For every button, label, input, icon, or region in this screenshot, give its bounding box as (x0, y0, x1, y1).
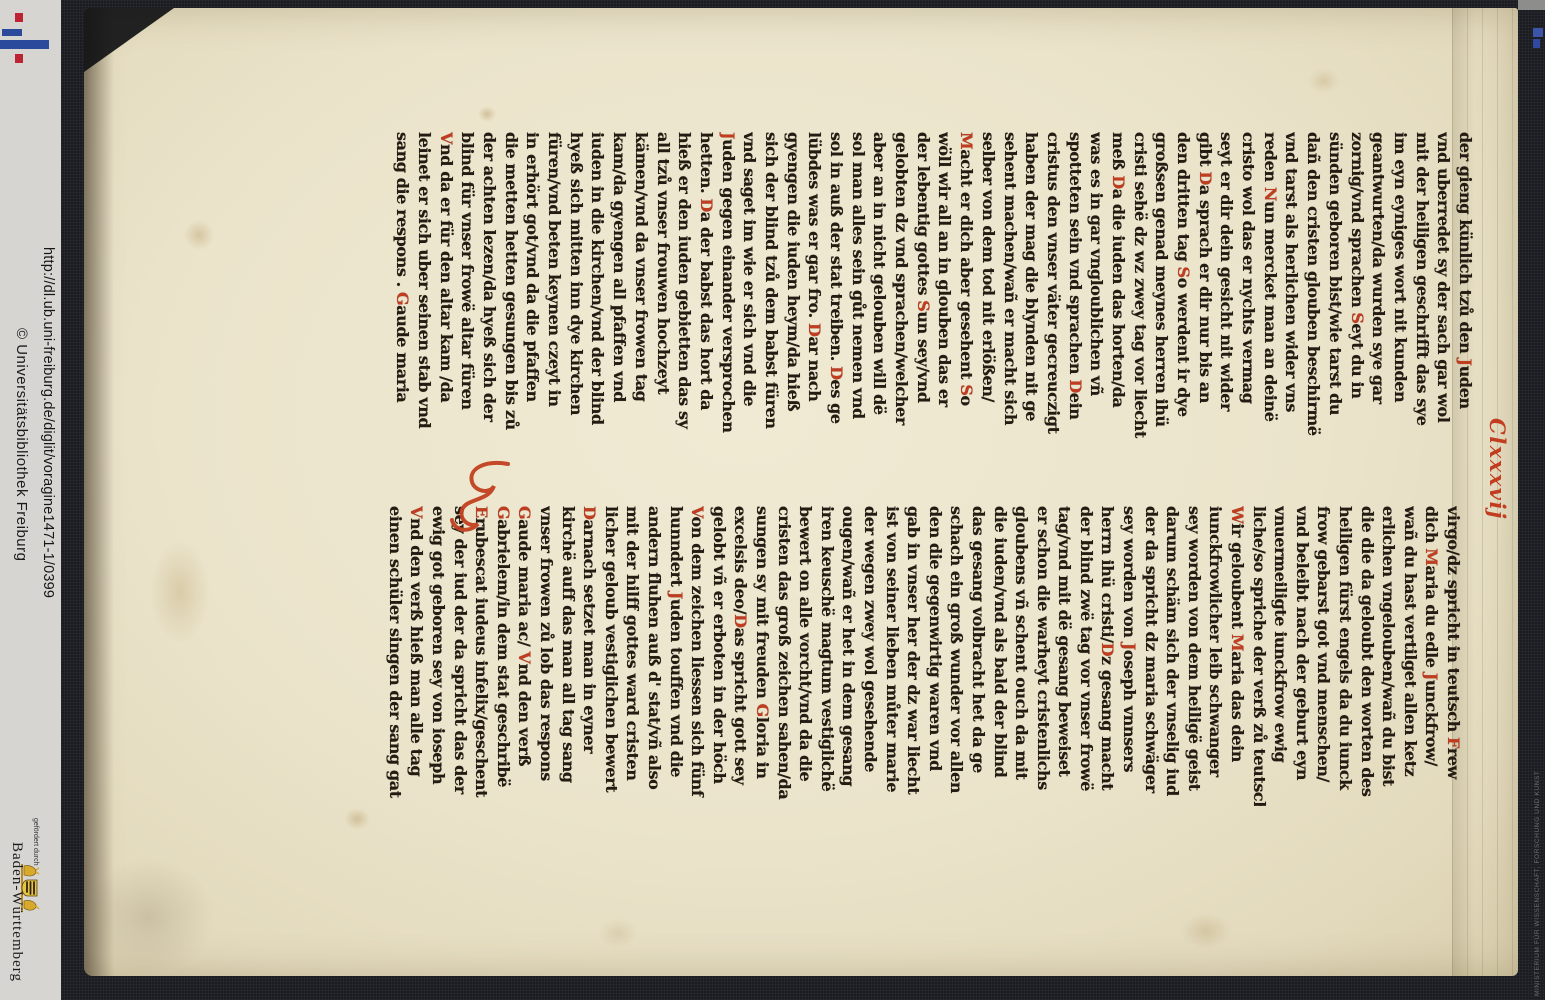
parchment-stain (344, 808, 370, 830)
ministry-label: MINISTERIUM FÜR WISSENSCHAFT, FORSCHUNG … (1534, 771, 1541, 997)
edge-calibration-mark (1533, 28, 1543, 37)
calibration-red-mark (15, 13, 23, 22)
region-label: Baden-Württemberg (8, 842, 25, 982)
calibration-blue-mark (2, 29, 22, 36)
calibration-blue-mark (0, 40, 49, 49)
text-column-right: virgo/dz spricht in teutsch Frewdich Mar… (384, 506, 1464, 806)
scan-viewport: der gieng künlich tzů den Judenvnd uberr… (0, 0, 1545, 1000)
page-gutter-shadow (84, 8, 114, 976)
funding-note-label: gefördert durch (32, 818, 39, 865)
page-corner-shadow (84, 8, 174, 72)
text-column-left: der gieng künlich tzů den Judenvnd uberr… (392, 132, 1476, 454)
parchment-stain (598, 918, 638, 948)
folio-number: Clxxxvij (1485, 418, 1510, 520)
source-url-label: http://dl.ub.uni-freiburg.de/diglit/vora… (40, 247, 56, 598)
parchment-stain (150, 540, 210, 644)
edge-calibration-mark (1533, 39, 1540, 48)
parchment-stain (478, 106, 496, 122)
parchment-stain (184, 220, 214, 250)
copyright-label: © Universitätsbibliothek Freiburg (13, 328, 30, 561)
cradle-corner (1518, 0, 1545, 10)
parchment-stain (84, 858, 214, 976)
parchment-stain (1308, 68, 1340, 94)
rubric-flourish-icon (438, 458, 518, 542)
scan-sidebar: http://dl.ub.uni-freiburg.de/diglit/vora… (0, 0, 61, 1000)
calibration-red-mark (15, 54, 23, 63)
manuscript-page: der gieng künlich tzů den Judenvnd uberr… (84, 8, 1518, 976)
parchment-stain (1180, 913, 1232, 949)
